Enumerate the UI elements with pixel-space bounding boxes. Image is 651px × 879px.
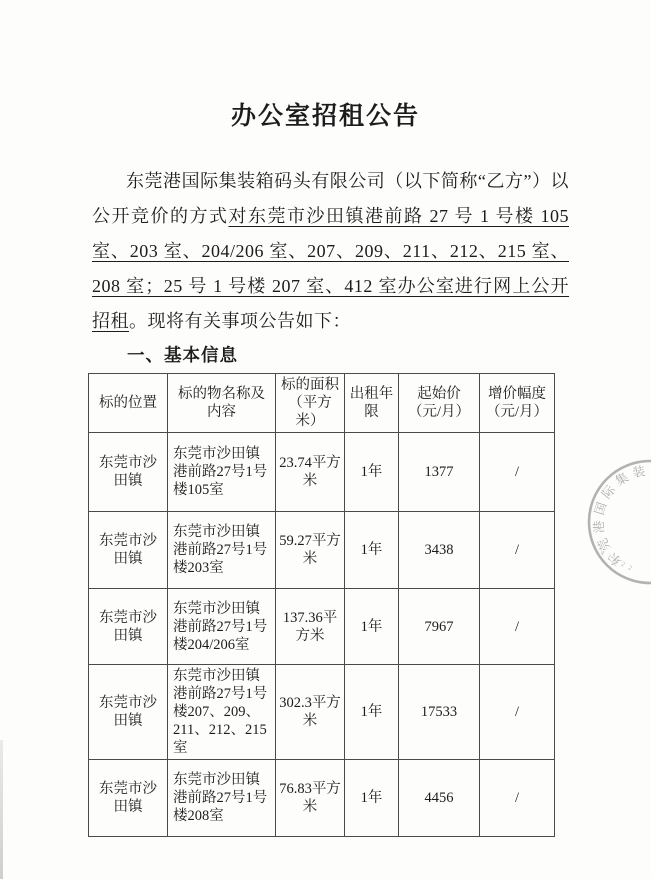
cell-lease-term: 1年: [345, 760, 399, 837]
svg-text:东莞港国际集装箱码头有限公司: 东莞港国际集装箱码头有限公司: [569, 440, 651, 602]
cell-lease-term: 1年: [345, 433, 399, 512]
cell-lease-term: 1年: [345, 665, 399, 760]
cell-name-content: 东莞市沙田镇港前路27号1号楼203室: [168, 512, 276, 589]
cell-area: 137.36平方米: [276, 589, 345, 665]
cell-location: 东莞市沙田镇: [89, 589, 168, 665]
cell-increment: /: [480, 665, 555, 760]
cell-location: 东莞市沙田镇: [89, 512, 168, 589]
basic-info-table: 标的位置 标的物名称及内容 标的面积（平方米） 出租年限 起始价（元/月） 增价…: [88, 373, 555, 837]
document-page: 办公室招租公告 东莞港国际集装箱码头有限公司（以下简称“乙方”）以公开竞价的方式…: [0, 0, 651, 879]
paragraph-segment: 。现将有关事项公告如下：: [129, 311, 351, 331]
cell-lease-term: 1年: [345, 589, 399, 665]
cell-increment: /: [480, 589, 555, 665]
section-heading-basic-info: 一、基本信息: [127, 342, 238, 367]
table-header-row: 标的位置 标的物名称及内容 标的面积（平方米） 出租年限 起始价（元/月） 增价…: [89, 374, 555, 433]
cell-lease-term: 1年: [345, 512, 399, 589]
page-title: 办公室招租公告: [0, 96, 651, 132]
cell-location: 东莞市沙田镇: [89, 665, 168, 760]
cell-starting-price: 7967: [399, 589, 480, 665]
col-header-starting-price: 起始价（元/月）: [399, 374, 480, 433]
cell-location: 东莞市沙田镇: [89, 433, 168, 512]
cell-location: 东莞市沙田镇: [89, 760, 168, 837]
cell-increment: /: [480, 760, 555, 837]
col-header-lease-term: 出租年限: [345, 374, 399, 433]
cell-starting-price: 4456: [399, 760, 480, 837]
table-row: 东莞市沙田镇 东莞市沙田镇港前路27号1号楼203室 59.27平方米 1年 3…: [89, 512, 555, 589]
cell-area: 76.83平方米: [276, 760, 345, 837]
cell-name-content: 东莞市沙田镇港前路27号1号楼207、209、211、212、215室: [168, 665, 276, 760]
announcement-paragraph: 东莞港国际集装箱码头有限公司（以下简称“乙方”）以公开竞价的方式对东莞市沙田镇港…: [92, 164, 569, 339]
cell-area: 302.3平方米: [276, 665, 345, 760]
col-header-name-content: 标的物名称及内容: [168, 374, 276, 433]
cell-starting-price: 17533: [399, 665, 480, 760]
cell-increment: /: [480, 433, 555, 512]
cell-name-content: 东莞市沙田镇港前路27号1号楼204/206室: [168, 589, 276, 665]
scan-edge-artifact: [0, 740, 3, 879]
cell-starting-price: 1377: [399, 433, 480, 512]
table-row: 东莞市沙田镇 东莞市沙田镇港前路27号1号楼208室 76.83平方米 1年 4…: [89, 760, 555, 837]
seal-ring-text: 东莞港国际集装箱码头有限公司: [569, 440, 651, 602]
cell-name-content: 东莞市沙田镇港前路27号1号楼105室: [168, 433, 276, 512]
cell-starting-price: 3438: [399, 512, 480, 589]
company-seal-stamp: 东莞港国际集装箱码头有限公司 4 1 0 2 2: [556, 440, 651, 602]
col-header-location: 标的位置: [89, 374, 168, 433]
cell-name-content: 东莞市沙田镇港前路27号1号楼208室: [168, 760, 276, 837]
table-row: 东莞市沙田镇 东莞市沙田镇港前路27号1号楼105室 23.74平方米 1年 1…: [89, 433, 555, 512]
col-header-area: 标的面积（平方米）: [276, 374, 345, 433]
table-row: 东莞市沙田镇 东莞市沙田镇港前路27号1号楼207、209、211、212、21…: [89, 665, 555, 760]
cell-area: 59.27平方米: [276, 512, 345, 589]
table-row: 东莞市沙田镇 东莞市沙田镇港前路27号1号楼204/206室 137.36平方米…: [89, 589, 555, 665]
cell-area: 23.74平方米: [276, 433, 345, 512]
cell-increment: /: [480, 512, 555, 589]
col-header-increment: 增价幅度（元/月）: [480, 374, 555, 433]
